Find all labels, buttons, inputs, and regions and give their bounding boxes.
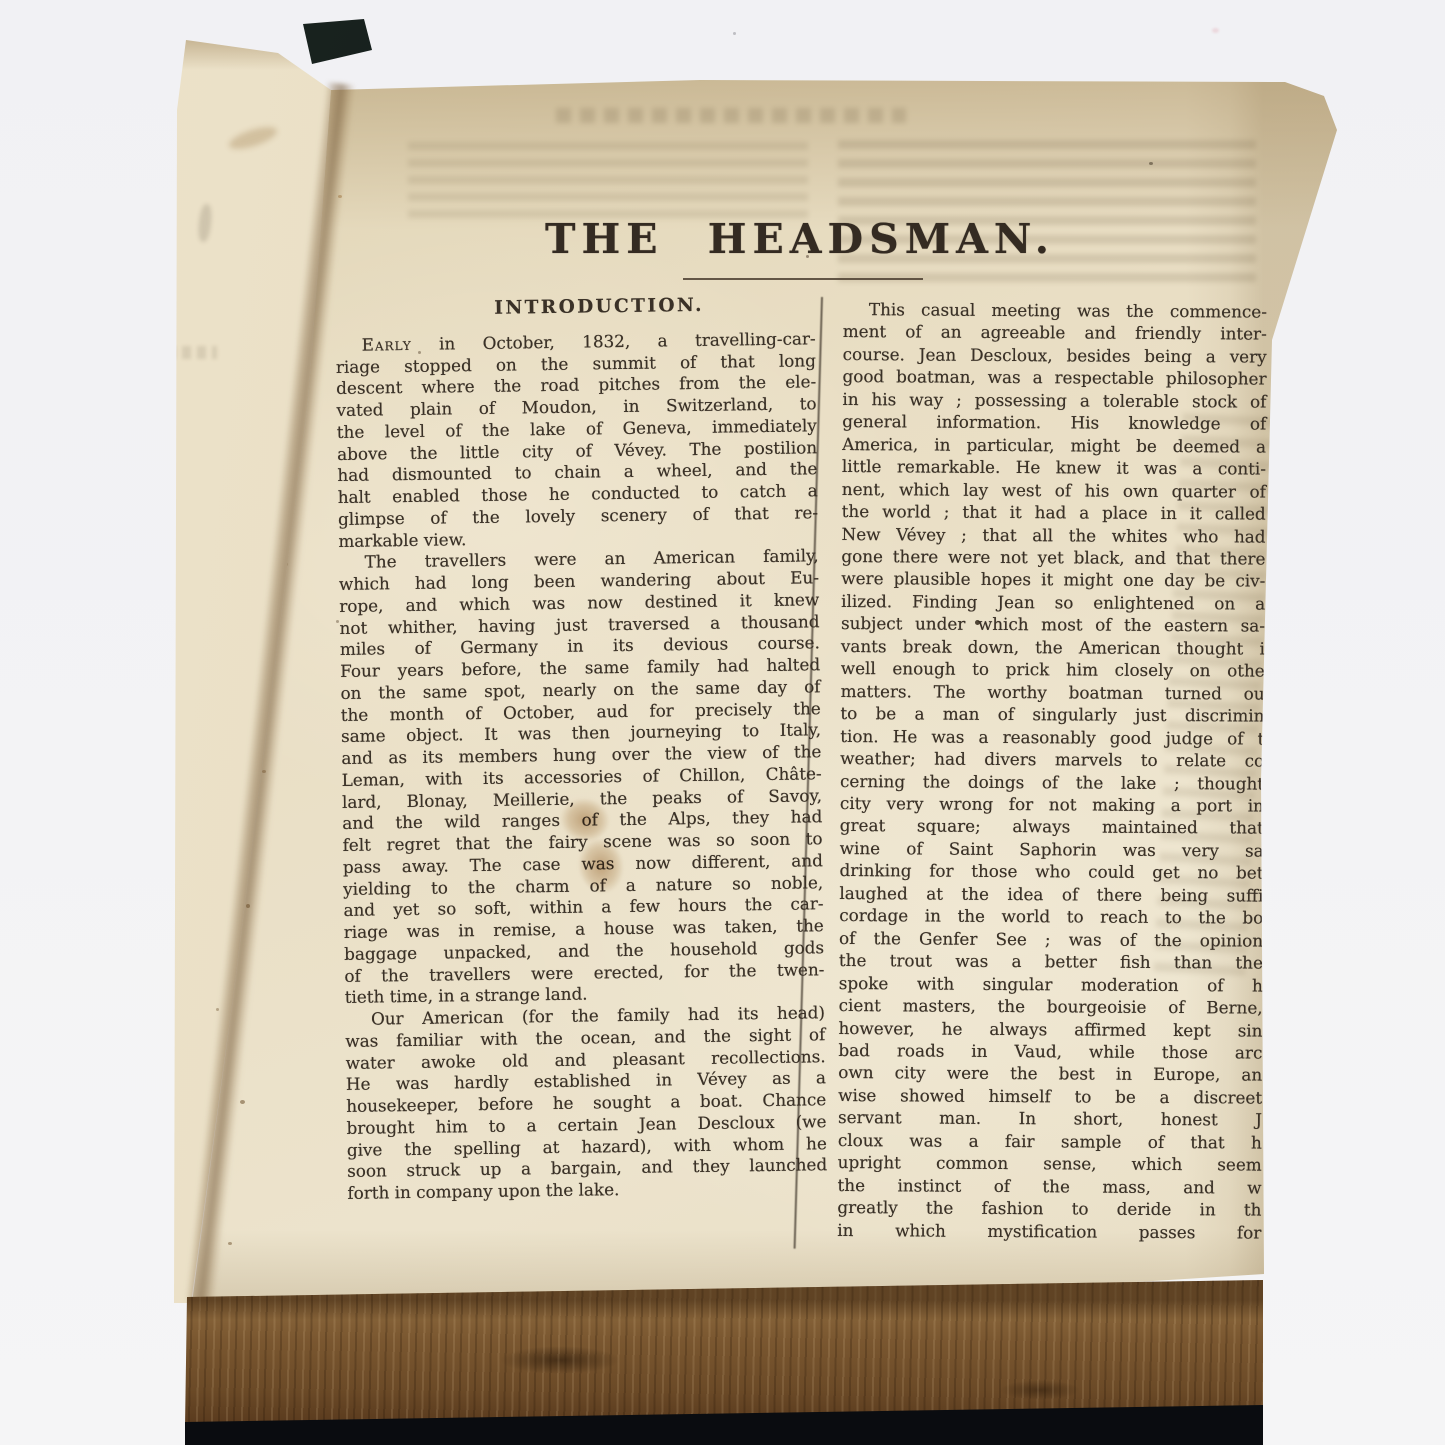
text-line: bad roads in Vaud, while those arc bbox=[838, 1039, 1262, 1064]
text-line: upright common sense, which seem bbox=[838, 1151, 1262, 1176]
left-column-lines: Early in October, 1832, a travelling-car… bbox=[335, 328, 827, 1205]
text-line: in which mystification passes for bbox=[837, 1219, 1261, 1244]
small-caps-lead: Early bbox=[361, 334, 411, 355]
page-title: THE HEADSMAN. bbox=[420, 215, 1180, 263]
text-line: America, in particular, might be deemed … bbox=[842, 433, 1266, 458]
text-line: great square; always maintained that bbox=[840, 814, 1264, 839]
text-line: cient masters, the bourgeoisie of Berne, bbox=[839, 994, 1263, 1019]
ink-speck bbox=[975, 620, 980, 625]
text-line: the trout was a better fish than the bbox=[839, 949, 1263, 974]
ghost-bleedthrough-mark bbox=[197, 203, 213, 242]
text-line: in his way ; possessing a tolerable stoc… bbox=[842, 388, 1266, 413]
dust-speck bbox=[733, 32, 736, 35]
text-line: subject under which most of the eastern … bbox=[841, 612, 1265, 637]
text-line: greatly the fashion to deride in th bbox=[837, 1196, 1261, 1221]
text-line: cerning the doings of the lake ; thought bbox=[840, 770, 1264, 795]
paper-smudge bbox=[227, 123, 279, 154]
text-line: however, he always affirmed kept sin bbox=[838, 1016, 1262, 1041]
dust-speck bbox=[240, 1100, 245, 1104]
text-line: vants break down, the American thought i bbox=[841, 635, 1265, 660]
ghost-text-block bbox=[838, 140, 1256, 288]
dust-speck bbox=[1212, 28, 1219, 33]
ghost-bleedthrough-mark bbox=[167, 346, 217, 359]
dust-speck bbox=[216, 1008, 219, 1011]
dust-speck bbox=[228, 1242, 232, 1245]
text-line: laughed at the idea of there being suffi bbox=[839, 882, 1263, 907]
text-line: weather; had divers marvels to relate co bbox=[840, 747, 1264, 772]
text-line: tion. He was a reasonably good judge of … bbox=[840, 725, 1264, 750]
right-column: This casual meeting was the commence-men… bbox=[837, 298, 1267, 1244]
text-line: city very wrong for not making a port in bbox=[840, 792, 1264, 817]
text-line: cloux was a fair sample of that h bbox=[838, 1129, 1262, 1154]
text-line: good boatman, was a respectable philosop… bbox=[842, 365, 1266, 390]
text-line: ment of an agreeable and friendly inter- bbox=[843, 320, 1267, 345]
text-line: wise showed himself to be a discreet bbox=[838, 1084, 1262, 1109]
text-line: servant man. In short, honest J bbox=[838, 1106, 1262, 1131]
ink-speck bbox=[418, 351, 421, 354]
text-line: gone there were not yet black, and that … bbox=[841, 545, 1265, 570]
text-line: course. Jean Descloux, besides being a v… bbox=[843, 343, 1267, 368]
text-line: This casual meeting was the commence- bbox=[843, 298, 1267, 323]
text-line: to be a man of singularly just discrimin bbox=[840, 702, 1264, 727]
photo-of-open-book: { "photo": { "backdrop_color": "#f2f2f4"… bbox=[0, 0, 1445, 1445]
title-rule bbox=[683, 278, 923, 280]
section-heading: INTRODUCTION. bbox=[359, 293, 839, 321]
text-line: of the Genfer See ; was of the opinion bbox=[839, 927, 1263, 952]
ghost-text-block bbox=[408, 142, 808, 222]
dust-speck bbox=[338, 195, 342, 198]
ink-speck bbox=[806, 255, 809, 258]
text-line: spoke with singular moderation of h bbox=[839, 972, 1263, 997]
text-line: were plausible hopes it might one day be… bbox=[841, 567, 1265, 592]
text-line: wine of Saint Saphorin was very sa bbox=[840, 837, 1264, 862]
text-line: drinking for those who could get no bet bbox=[839, 859, 1263, 884]
text-line: nent, which lay west of his own quarter … bbox=[842, 478, 1266, 503]
text-line: little remarkable. He knew it was a cont… bbox=[842, 455, 1266, 480]
dust-speck bbox=[262, 770, 266, 773]
dust-speck bbox=[246, 904, 250, 908]
text-line: the world ; that it had a place in it ca… bbox=[842, 500, 1266, 525]
right-column-lines: This casual meeting was the commence-men… bbox=[837, 298, 1267, 1244]
text-line: own city were the best in Europe, an bbox=[838, 1061, 1262, 1086]
text-line: well enough to prick him closely on othe bbox=[841, 657, 1265, 682]
page-top-edge bbox=[258, 74, 1320, 80]
text-line: matters. The worthy boatman turned ou bbox=[841, 680, 1265, 705]
left-column: INTRODUCTION. Early in October, 1832, a … bbox=[335, 293, 828, 1204]
text-line: cordage in the world to reach to the bo bbox=[839, 904, 1263, 929]
text-line: ilized. Finding Jean so enlightened on a bbox=[841, 590, 1265, 615]
text-line: general information. His knowledge of bbox=[842, 410, 1266, 435]
ghost-running-header bbox=[556, 108, 906, 123]
ink-speck bbox=[1149, 162, 1153, 165]
text-line: the instinct of the mass, and w bbox=[838, 1174, 1262, 1199]
text-line: New Vévey ; that all the whites who had bbox=[841, 523, 1265, 548]
ink-speck bbox=[336, 620, 339, 623]
